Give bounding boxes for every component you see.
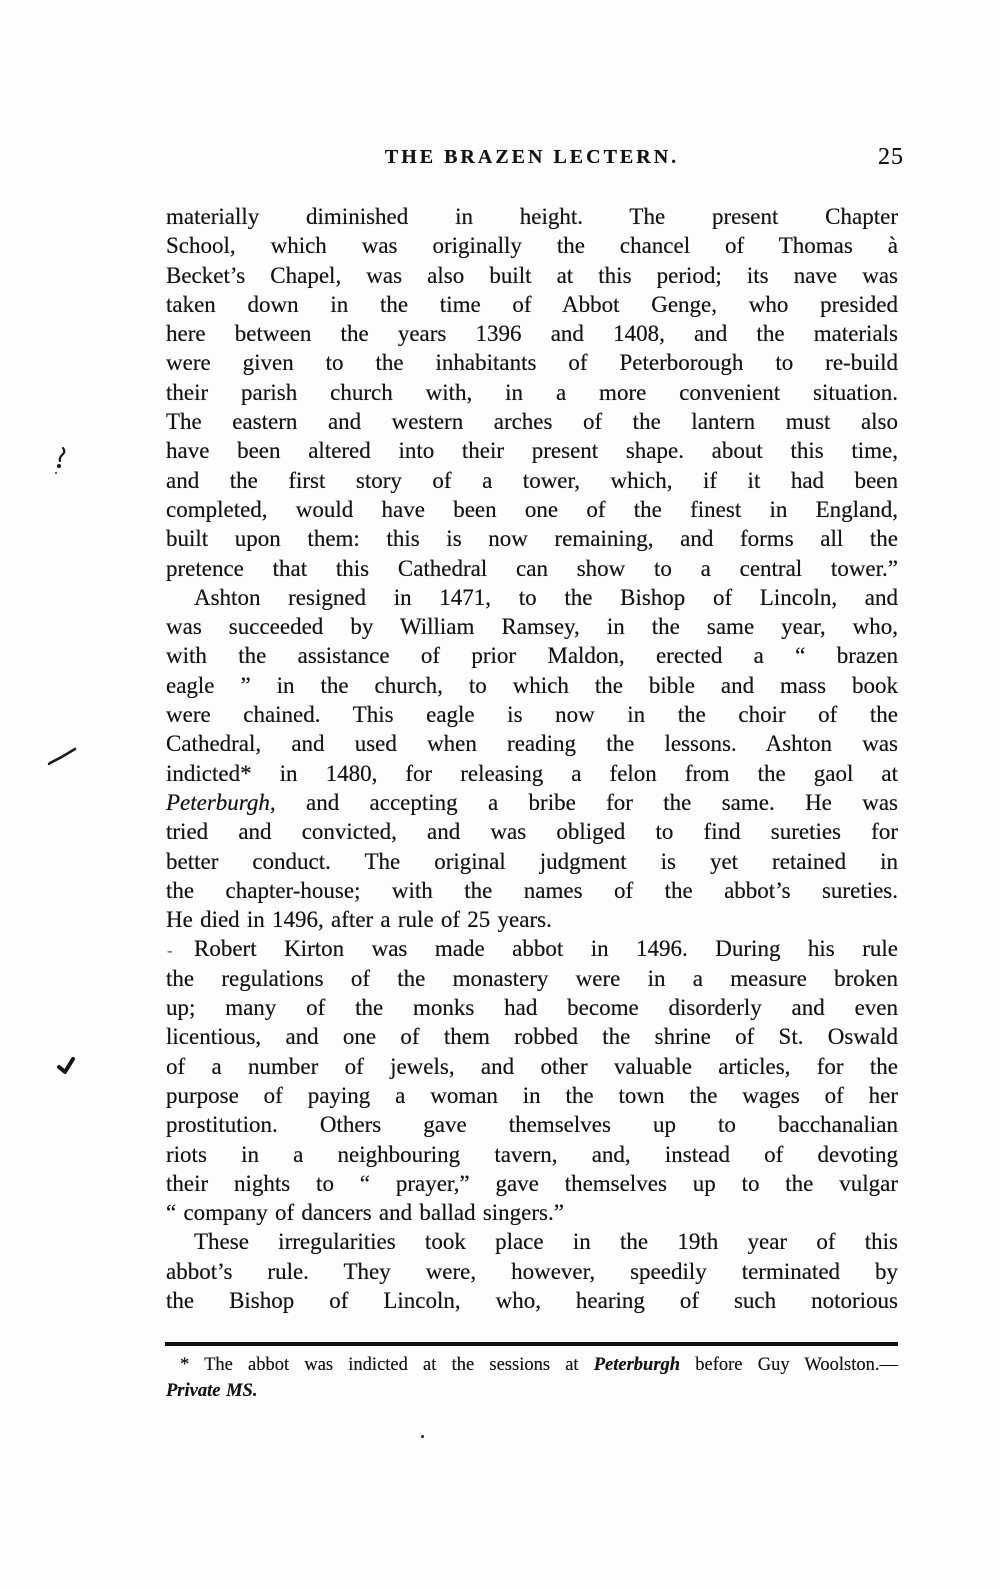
text-line: eagle ” in the church, to which the bibl… [166, 671, 898, 700]
emphasized-text: Private MS. [166, 1381, 257, 1401]
book-page: THE BRAZEN LECTERN. 25 materially dimini… [0, 0, 1000, 1589]
text-run: “ company of dancers and ballad singers.… [166, 1200, 564, 1225]
text-run: completed, would have been one of the fi… [166, 497, 898, 522]
text-line: their parish church with, in a more conv… [166, 378, 898, 407]
text-run: tried and convicted, and was obliged to … [166, 819, 898, 844]
text-run: The eastern and western arches of the la… [166, 409, 898, 434]
text-line: tried and convicted, and was obliged to … [166, 817, 898, 846]
text-line: purpose of paying a woman in the town th… [166, 1081, 898, 1110]
text-run: better conduct. The original judgment is… [166, 849, 898, 874]
paragraph: Robert Kirton was made abbot in 1496. Du… [166, 934, 898, 1227]
text-run: materially diminished in height. The pre… [166, 204, 898, 229]
text-line: of a number of jewels, and other valuabl… [166, 1052, 898, 1081]
ink-squiggle-mark [48, 443, 72, 479]
paragraph: These irregularities took place in the 1… [166, 1227, 898, 1315]
text-line: materially diminished in height. The pre… [166, 202, 898, 231]
text-line: better conduct. The original judgment is… [166, 847, 898, 876]
text-line: Private MS. [166, 1378, 898, 1404]
ink-slash-mark [46, 744, 80, 768]
text-line: abbot’s rule. They were, however, speedi… [166, 1257, 898, 1286]
text-line: the regulations of the monastery were in… [166, 964, 898, 993]
text-line: their nights to “ prayer,” gave themselv… [166, 1169, 898, 1198]
text-line: Peterburgh, and accepting a bribe for th… [166, 788, 898, 817]
text-line: riots in a neighbouring tavern, and, ins… [166, 1140, 898, 1169]
text-line: * The abbot was indicted at the sessions… [166, 1352, 898, 1378]
text-run: Becket’s Chapel, was also built at this … [166, 263, 898, 288]
text-run: * The abbot was indicted at the sessions… [180, 1355, 594, 1375]
text-run: the chapter-house; with the names of the… [166, 878, 898, 903]
text-run: School, which was originally the chancel… [166, 233, 898, 258]
text-line: licentious, and one of them robbed the s… [166, 1022, 898, 1051]
text-run: prostitution. Others gave themselves up … [166, 1112, 898, 1137]
text-run: licentious, and one of them robbed the s… [166, 1024, 898, 1049]
text-line: These irregularities took place in the 1… [166, 1227, 898, 1256]
text-run: with the assistance of prior Maldon, ere… [166, 643, 898, 668]
page-header: THE BRAZEN LECTERN. 25 [166, 146, 898, 176]
body-text: materially diminished in height. The pre… [166, 202, 898, 1315]
emphasized-text: Peterburgh, [166, 790, 276, 815]
text-run: These irregularities took place in the 1… [194, 1229, 898, 1254]
paragraph: materially diminished in height. The pre… [166, 202, 898, 583]
text-run: before Guy Woolston.— [680, 1355, 898, 1375]
text-run: purpose of paying a woman in the town th… [166, 1083, 898, 1108]
text-line: completed, would have been one of the fi… [166, 495, 898, 524]
text-run: have been altered into their present sha… [166, 438, 898, 463]
text-line: pretence that this Cathedral can show to… [166, 554, 898, 583]
text-run: their parish church with, in a more conv… [166, 380, 898, 405]
text-line: up; many of the monks had become disorde… [166, 993, 898, 1022]
text-run: was succeeded by William Ramsey, in the … [166, 614, 898, 639]
text-run: the Bishop of Lincoln, who, hearing of s… [166, 1288, 898, 1313]
text-line: the chapter-house; with the names of the… [166, 876, 898, 905]
text-run: Cathedral, and used when reading the les… [166, 731, 898, 756]
text-run: were given to the inhabitants of Peterbo… [166, 350, 898, 375]
text-line: “ company of dancers and ballad singers.… [166, 1198, 898, 1227]
text-run: pretence that this Cathedral can show to… [166, 556, 898, 581]
text-line: with the assistance of prior Maldon, ere… [166, 641, 898, 670]
ink-speck [421, 1435, 424, 1438]
text-line: were chained. This eagle is now in the c… [166, 700, 898, 729]
text-line: Becket’s Chapel, was also built at this … [166, 261, 898, 290]
text-line: He died in 1496, after a rule of 25 year… [166, 905, 898, 934]
text-run: eagle ” in the church, to which the bibl… [166, 673, 898, 698]
text-run: the regulations of the monastery were in… [166, 966, 898, 991]
page-number: 25 [878, 144, 904, 171]
text-line: the Bishop of Lincoln, who, hearing of s… [166, 1286, 898, 1315]
text-run: abbot’s rule. They were, however, speedi… [166, 1259, 898, 1284]
text-line: and the first story of a tower, which, i… [166, 466, 898, 495]
text-line: taken down in the time of Abbot Genge, w… [166, 290, 898, 319]
text-run: taken down in the time of Abbot Genge, w… [166, 292, 898, 317]
text-line: Ashton resigned in 1471, to the Bishop o… [166, 583, 898, 612]
paragraph: Ashton resigned in 1471, to the Bishop o… [166, 583, 898, 935]
emphasized-text: Peterburgh [594, 1355, 680, 1375]
text-run: here between the years 1396 and 1408, an… [166, 321, 898, 346]
text-run: were chained. This eagle is now in the c… [166, 702, 898, 727]
text-run: and the first story of a tower, which, i… [166, 468, 898, 493]
text-run: their nights to “ prayer,” gave themselv… [166, 1171, 898, 1196]
text-line: have been altered into their present sha… [166, 436, 898, 465]
text-run: Ashton resigned in 1471, to the Bishop o… [194, 585, 898, 610]
text-run: riots in a neighbouring tavern, and, ins… [166, 1142, 898, 1167]
text-line: Cathedral, and used when reading the les… [166, 729, 898, 758]
text-line: The eastern and western arches of the la… [166, 407, 898, 436]
text-line: were given to the inhabitants of Peterbo… [166, 348, 898, 377]
text-run: up; many of the monks had become disorde… [166, 995, 898, 1020]
text-run: Robert Kirton was made abbot in 1496. Du… [194, 936, 898, 961]
ink-check-mark [52, 1054, 80, 1080]
footnote-rule [165, 1342, 898, 1346]
stray-hyphen-mark: - [167, 941, 173, 961]
text-run: indicted* in 1480, for releasing a felon… [166, 761, 898, 786]
text-run: of a number of jewels, and other valuabl… [166, 1054, 898, 1079]
text-line: prostitution. Others gave themselves up … [166, 1110, 898, 1139]
text-run: built upon them: this is now remaining, … [166, 526, 898, 551]
text-line: was succeeded by William Ramsey, in the … [166, 612, 898, 641]
text-line: here between the years 1396 and 1408, an… [166, 319, 898, 348]
text-line: built upon them: this is now remaining, … [166, 524, 898, 553]
text-run: and accepting a bribe for the same. He w… [276, 790, 898, 815]
text-line: indicted* in 1480, for releasing a felon… [166, 759, 898, 788]
running-title: THE BRAZEN LECTERN. [166, 146, 898, 169]
footnote: * The abbot was indicted at the sessions… [166, 1352, 898, 1404]
text-run: He died in 1496, after a rule of 25 year… [166, 907, 552, 932]
text-line: School, which was originally the chancel… [166, 231, 898, 260]
text-line: Robert Kirton was made abbot in 1496. Du… [166, 934, 898, 963]
